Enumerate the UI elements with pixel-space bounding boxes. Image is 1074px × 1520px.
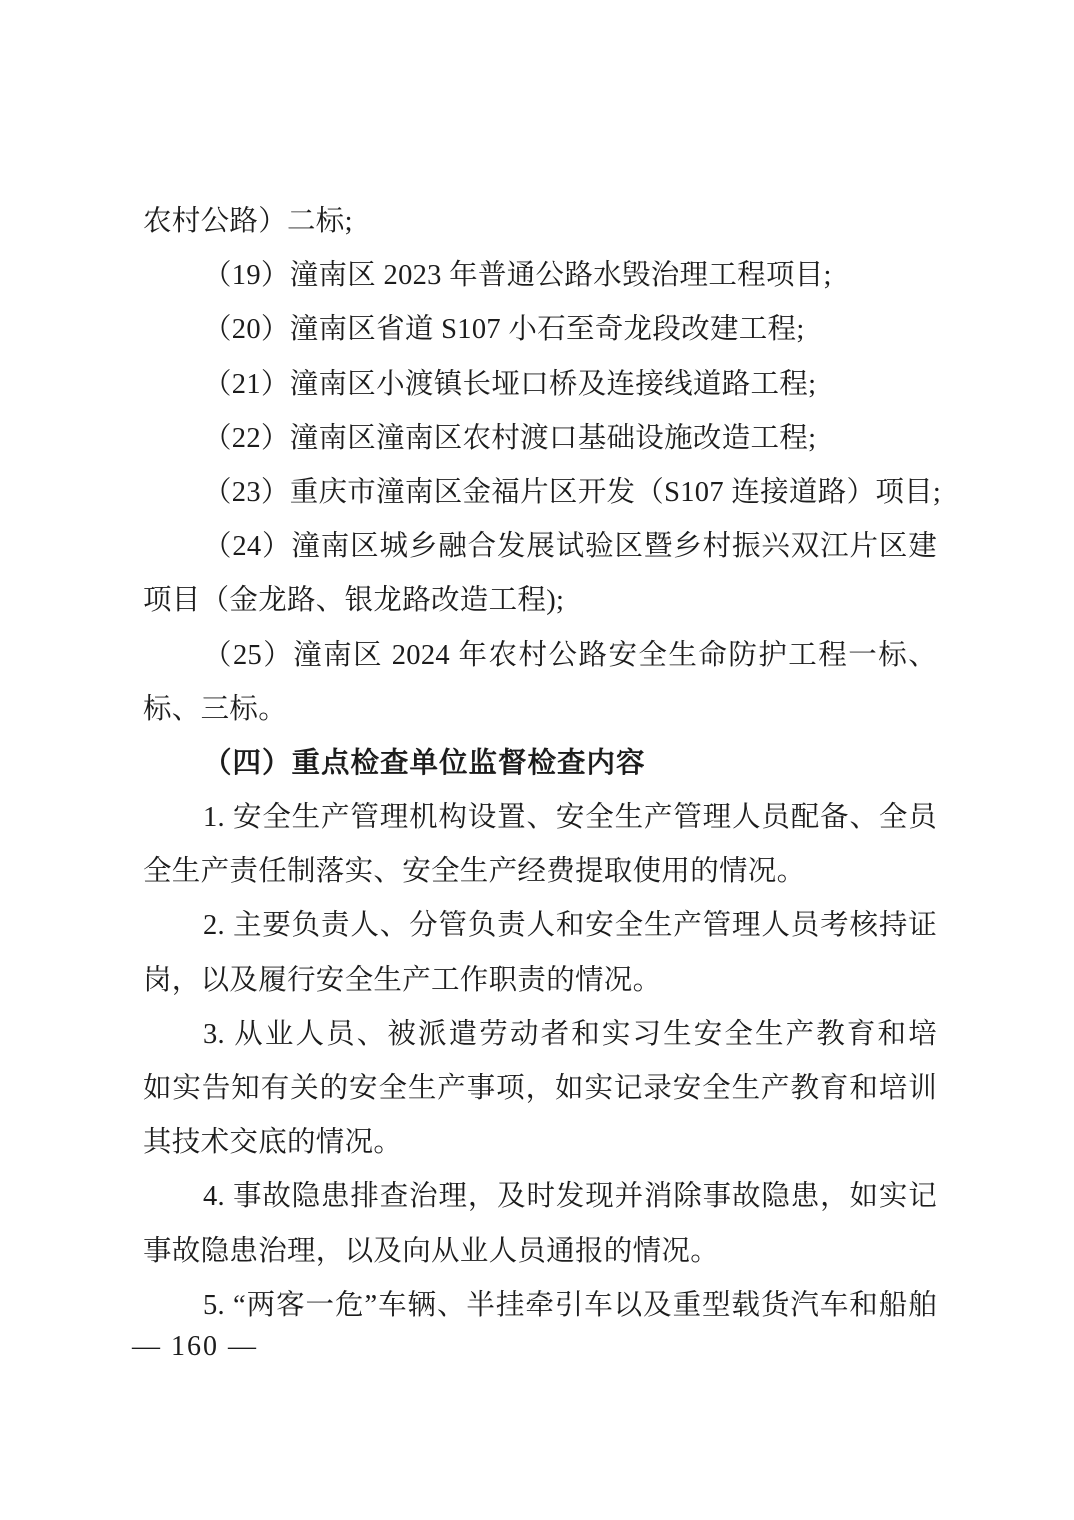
text-line: 5. “两客一危”车辆、半挂牵引车以及重型载货汽车和船舶动 (143, 1279, 937, 1333)
text-line: 4. 事故隐患排查治理，及时发现并消除事故隐患，如实记录 (143, 1170, 937, 1224)
text-line: 项目（金龙路、银龙路改造工程); (143, 574, 937, 628)
text-line: 农村公路）二标; (143, 195, 937, 249)
text-line: 事故隐患治理，以及向从业人员通报的情况。 (143, 1225, 937, 1279)
text-line: 岗，以及履行安全生产工作职责的情况。 (143, 954, 937, 1008)
text-line: 1. 安全生产管理机构设置、安全生产管理人员配备、全员安 (143, 791, 937, 845)
text-line: 标、三标。 (143, 683, 937, 737)
text-line: （23）重庆市潼南区金福片区开发（S107 连接道路）项目; (143, 466, 937, 520)
text-line: 3. 从业人员、被派遣劳动者和实习生安全生产教育和培训， (143, 1008, 937, 1062)
text-line: （21）潼南区小渡镇长垭口桥及连接线道路工程; (143, 358, 937, 412)
text-line: 2. 主要负责人、分管负责人和安全生产管理人员考核持证上 (143, 899, 937, 953)
text-line: （19）潼南区 2023 年普通公路水毁治理工程项目; (143, 249, 937, 303)
document-page: 农村公路）二标; （19）潼南区 2023 年普通公路水毁治理工程项目; （20… (0, 0, 1074, 1520)
text-line: 其技术交底的情况。 (143, 1116, 937, 1170)
page-number: — 160 — (132, 1332, 258, 1362)
document-body: 农村公路）二标; （19）潼南区 2023 年普通公路水毁治理工程项目; （20… (143, 195, 937, 1333)
text-line: （22）潼南区潼南区农村渡口基础设施改造工程; (143, 412, 937, 466)
text-line: （20）潼南区省道 S107 小石至奇龙段改建工程; (143, 303, 937, 357)
text-line: （25）潼南区 2024 年农村公路安全生命防护工程一标、二 (143, 629, 937, 683)
text-line: 如实告知有关的安全生产事项，如实记录安全生产教育和培训及 (143, 1062, 937, 1116)
text-line: （24）潼南区城乡融合发展试验区暨乡村振兴双江片区建设 (143, 520, 937, 574)
text-line: 全生产责任制落实、安全生产经费提取使用的情况。 (143, 845, 937, 899)
section-heading: （四）重点检查单位监督检查内容 (143, 737, 937, 791)
